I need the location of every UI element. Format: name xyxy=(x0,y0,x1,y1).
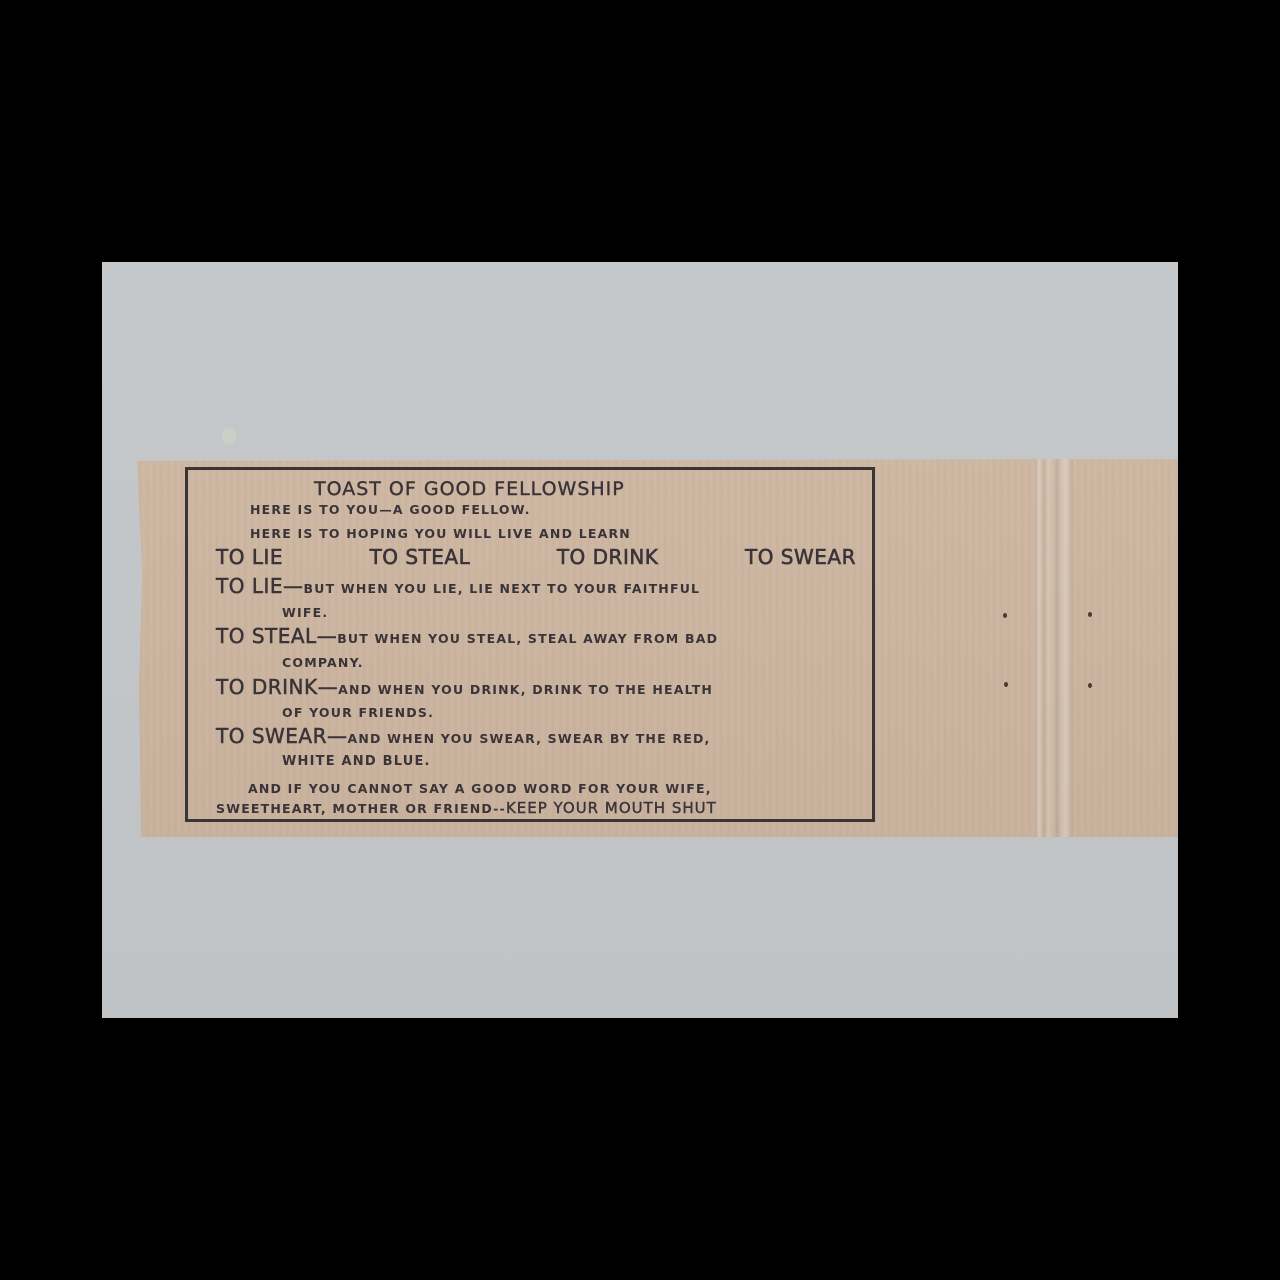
intro-line-1: HERE IS TO YOU—A GOOD FELLOW. xyxy=(250,502,531,517)
verb-swear: TO SWEAR xyxy=(745,545,856,569)
closing-line-1: AND IF YOU CANNOT SAY A GOOD WORD FOR YO… xyxy=(248,781,712,796)
printed-toast-panel: TOAST OF GOOD FELLOWSHIP HERE IS TO YOU—… xyxy=(185,467,875,822)
stanza-text: AND WHEN YOU DRINK, DRINK TO THE HEALTH xyxy=(338,682,713,697)
stanza-lead: TO SWEAR— xyxy=(216,724,348,748)
staple-hole xyxy=(1088,683,1092,688)
matchbook-fold-crease xyxy=(1035,459,1073,837)
staple-hole xyxy=(1003,613,1007,618)
dust-speck xyxy=(222,427,236,445)
stanza-lead: TO STEAL— xyxy=(216,624,337,648)
stanza-steal: TO STEAL—BUT WHEN YOU STEAL, STEAL AWAY … xyxy=(216,624,718,648)
stanza-text: BUT WHEN YOU LIE, LIE NEXT TO YOUR FAITH… xyxy=(304,581,701,596)
verb-drink: TO DRINK xyxy=(557,545,659,569)
stanza-text: BUT WHEN YOU STEAL, STEAL AWAY FROM BAD xyxy=(337,631,718,646)
stanza-lead: TO LIE— xyxy=(216,574,304,598)
staple-hole xyxy=(1088,612,1092,617)
verb-lie: TO LIE xyxy=(216,545,283,569)
stanza-drink: TO DRINK—AND WHEN YOU DRINK, DRINK TO TH… xyxy=(216,675,713,699)
stanza-continuation: WHITE AND BLUE. xyxy=(282,754,431,769)
stanza-continuation: COMPANY. xyxy=(282,655,364,670)
stanza-lead: TO DRINK— xyxy=(216,675,338,699)
intro-line-2: HERE IS TO HOPING YOU WILL LIVE AND LEAR… xyxy=(250,526,631,541)
staple-hole xyxy=(1004,682,1008,687)
stanza-continuation: WIFE. xyxy=(282,605,328,620)
matchbook-cover: TOAST OF GOOD FELLOWSHIP HERE IS TO YOU—… xyxy=(137,459,1178,837)
closing-line-2: SWEETHEART, MOTHER OR FRIEND--KEEP YOUR … xyxy=(216,799,717,817)
closing-line-2-start: SWEETHEART, MOTHER OR FRIEND-- xyxy=(216,801,506,816)
stanza-lie: TO LIE—BUT WHEN YOU LIE, LIE NEXT TO YOU… xyxy=(216,574,700,598)
stanza-continuation: OF YOUR FRIENDS. xyxy=(282,705,434,720)
verb-steal: TO STEAL xyxy=(370,545,471,569)
stanza-swear: TO SWEAR—AND WHEN YOU SWEAR, SWEAR BY TH… xyxy=(216,724,710,748)
verb-headline-row: TO LIE TO STEAL TO DRINK TO SWEAR xyxy=(216,545,856,569)
toast-title: TOAST OF GOOD FELLOWSHIP xyxy=(314,478,625,500)
stanza-text: AND WHEN YOU SWEAR, SWEAR BY THE RED, xyxy=(348,731,711,746)
closing-line-2-end: KEEP YOUR MOUTH SHUT xyxy=(506,799,717,817)
